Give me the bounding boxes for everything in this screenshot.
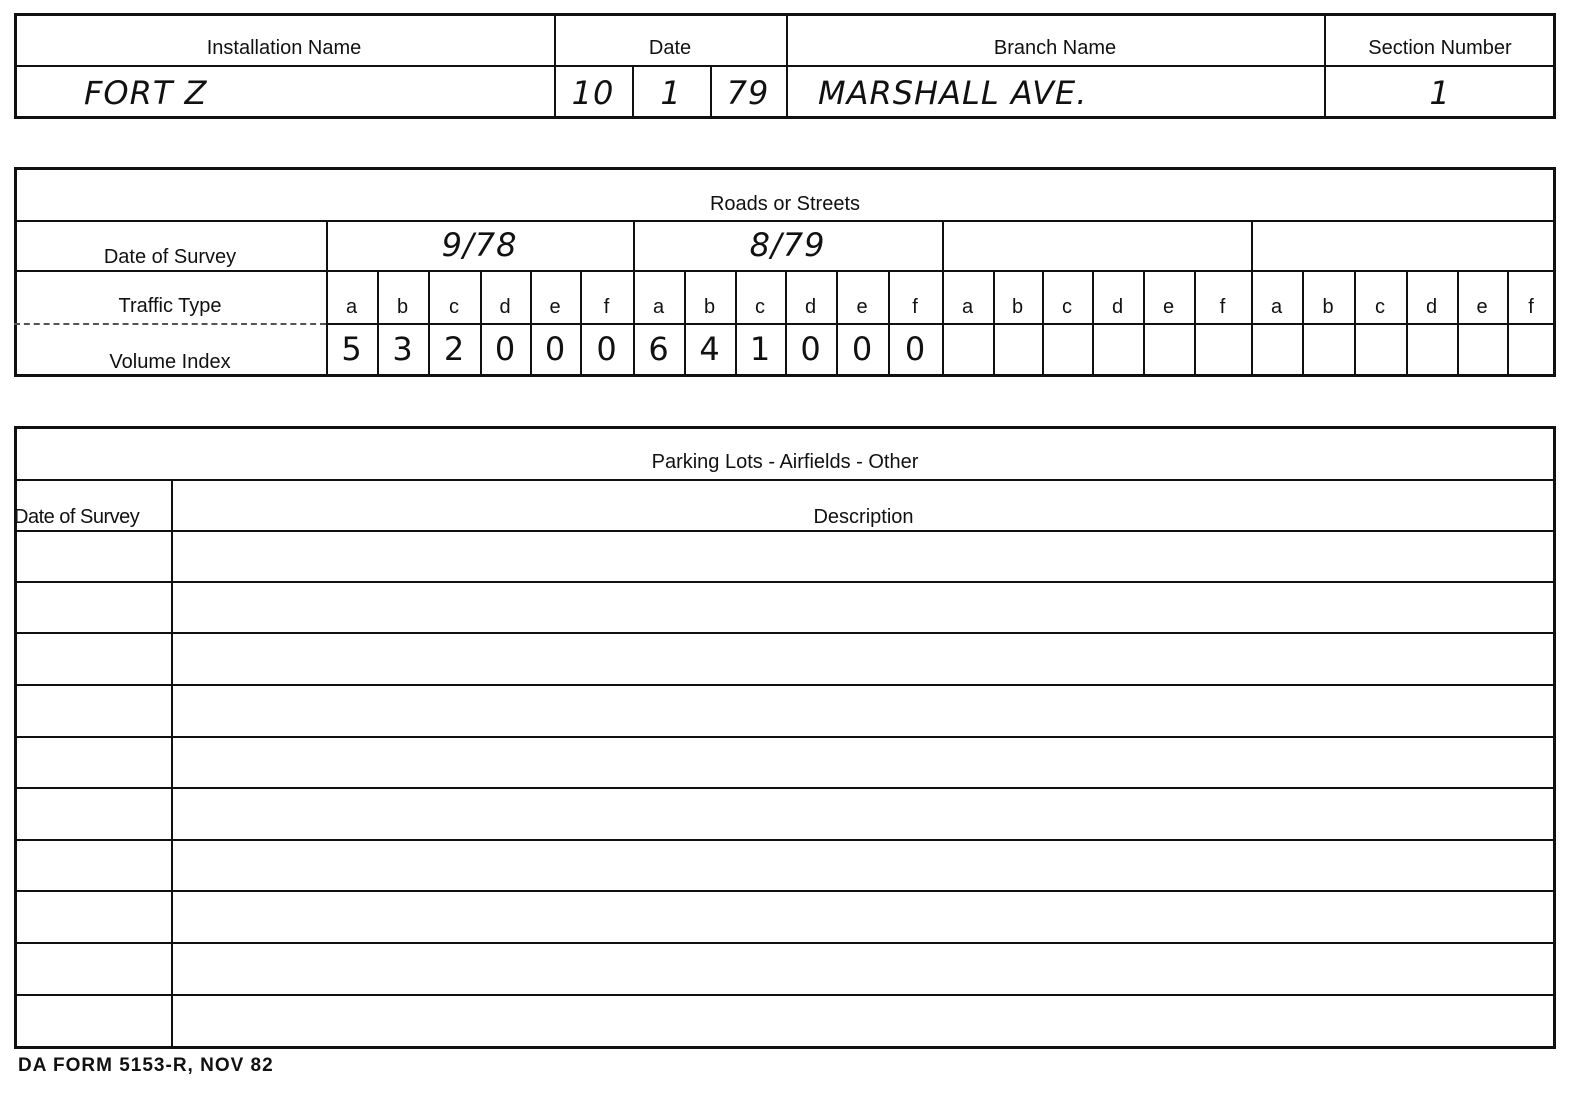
traffic-type-a: a	[633, 296, 684, 319]
parking-row-divider	[14, 787, 1556, 789]
parking-row-description-field[interactable]	[174, 739, 1553, 785]
traffic-type-f: f	[888, 296, 942, 319]
traffic-type-c: c	[428, 296, 480, 319]
parking-row-description-field[interactable]	[174, 687, 1553, 734]
volume-index-label: Volume Index	[14, 351, 326, 374]
parking-row-description-field[interactable]	[174, 893, 1553, 940]
traffic-type-b: b	[1302, 296, 1354, 319]
parking-row-date-field[interactable]	[17, 584, 169, 630]
volume-index-cell[interactable]: 0	[480, 330, 530, 368]
traffic-type-b: b	[684, 296, 735, 319]
traffic-type-e: e	[530, 296, 580, 319]
traffic-type-b: b	[993, 296, 1042, 319]
parking-title: Parking Lots - Airfields - Other	[14, 451, 1556, 474]
parking-date-of-survey-label: Date of Survey	[14, 506, 171, 529]
traffic-type-f: f	[1507, 296, 1555, 319]
volume-index-cell[interactable]: 4	[684, 330, 735, 368]
parking-row-divider	[14, 942, 1556, 944]
parking-row-description-field[interactable]	[174, 533, 1553, 579]
volume-index-cell[interactable]: 0	[530, 330, 580, 368]
header-col-divider	[786, 13, 788, 119]
traffic-type-d: d	[480, 296, 530, 319]
survey-date-field[interactable]: 9/78	[326, 226, 633, 264]
volume-index-cell[interactable]	[942, 330, 993, 374]
traffic-type-a: a	[326, 296, 377, 319]
parking-row-divider	[14, 994, 1556, 996]
traffic-type-a: a	[1251, 296, 1302, 319]
volume-index-cell[interactable]	[1042, 330, 1092, 374]
section-number-label: Section Number	[1324, 37, 1556, 60]
traffic-type-a: a	[942, 296, 993, 319]
parking-row-divider	[14, 839, 1556, 841]
volume-index-cell[interactable]: 6	[633, 330, 684, 368]
roads-divider	[326, 323, 1556, 325]
traffic-type-c: c	[1042, 296, 1092, 319]
volume-index-cell[interactable]: 5	[326, 330, 377, 368]
parking-divider	[14, 479, 1556, 481]
traffic-type-f: f	[580, 296, 633, 319]
volume-index-cell[interactable]: 0	[580, 330, 633, 368]
volume-index-cell[interactable]	[1457, 330, 1507, 374]
parking-divider	[14, 530, 1556, 532]
parking-row-date-field[interactable]	[17, 635, 169, 682]
date-label: Date	[554, 37, 786, 60]
parking-row-description-field[interactable]	[174, 997, 1553, 1046]
parking-row-date-field[interactable]	[17, 893, 169, 940]
volume-index-cell[interactable]	[1251, 330, 1302, 374]
parking-row-date-field[interactable]	[17, 997, 169, 1046]
traffic-type-c: c	[1354, 296, 1406, 319]
volume-index-cell[interactable]	[1194, 330, 1251, 374]
description-label: Description	[171, 506, 1556, 529]
date-year-field[interactable]: 79	[710, 74, 786, 112]
roads-divider	[14, 220, 1556, 222]
traffic-type-d: d	[1406, 296, 1457, 319]
roads-dotted-divider	[14, 323, 326, 325]
volume-index-cell[interactable]	[1406, 330, 1457, 374]
parking-row-date-field[interactable]	[17, 842, 169, 888]
traffic-type-d: d	[785, 296, 836, 319]
installation-name-field[interactable]: FORT Z	[84, 74, 207, 112]
parking-row-description-field[interactable]	[174, 790, 1553, 837]
parking-row-divider	[14, 890, 1556, 892]
volume-index-cell[interactable]: 1	[735, 330, 785, 368]
date-day-field[interactable]: 1	[632, 74, 710, 112]
volume-index-cell[interactable]: 0	[836, 330, 888, 368]
parking-row-date-field[interactable]	[17, 790, 169, 837]
branch-name-label: Branch Name	[786, 37, 1324, 60]
volume-index-cell[interactable]	[1143, 330, 1194, 374]
traffic-type-d: d	[1092, 296, 1143, 319]
volume-index-cell[interactable]	[1092, 330, 1143, 374]
volume-index-cell[interactable]: 3	[377, 330, 428, 368]
volume-index-cell[interactable]: 0	[888, 330, 942, 368]
volume-index-cell[interactable]: 2	[428, 330, 480, 368]
parking-row-description-field[interactable]	[174, 842, 1553, 888]
form-identifier: DA FORM 5153-R, NOV 82	[18, 1055, 274, 1077]
roads-title: Roads or Streets	[14, 193, 1556, 216]
parking-row-date-field[interactable]	[17, 533, 169, 579]
parking-row-description-field[interactable]	[174, 584, 1553, 630]
volume-index-cell[interactable]	[993, 330, 1042, 374]
parking-row-date-field[interactable]	[17, 687, 169, 734]
traffic-type-e: e	[1457, 296, 1507, 319]
parking-row-description-field[interactable]	[174, 945, 1553, 992]
parking-row-date-field[interactable]	[17, 739, 169, 785]
branch-name-field[interactable]: MARSHALL AVE.	[818, 74, 1087, 112]
traffic-type-c: c	[735, 296, 785, 319]
volume-index-cell[interactable]	[1507, 330, 1555, 374]
parking-row-date-field[interactable]	[17, 945, 169, 992]
traffic-type-e: e	[1143, 296, 1194, 319]
parking-row-description-field[interactable]	[174, 635, 1553, 682]
parking-row-divider	[14, 632, 1556, 634]
volume-index-cell[interactable]: 0	[785, 330, 836, 368]
traffic-type-b: b	[377, 296, 428, 319]
section-number-field[interactable]: 1	[1324, 74, 1556, 112]
traffic-type-f: f	[1194, 296, 1251, 319]
parking-col-divider	[171, 479, 173, 1049]
parking-row-divider	[14, 581, 1556, 583]
traffic-type-e: e	[836, 296, 888, 319]
volume-index-cell[interactable]	[1354, 330, 1406, 374]
volume-index-cell[interactable]	[1302, 330, 1354, 374]
traffic-type-label: Traffic Type	[14, 295, 326, 318]
parking-row-divider	[14, 684, 1556, 686]
parking-row-divider	[14, 736, 1556, 738]
date-month-field[interactable]: 10	[554, 74, 632, 112]
survey-date-field[interactable]: 8/79	[633, 226, 942, 264]
date-of-survey-label: Date of Survey	[14, 246, 326, 269]
installation-name-label: Installation Name	[14, 37, 554, 60]
